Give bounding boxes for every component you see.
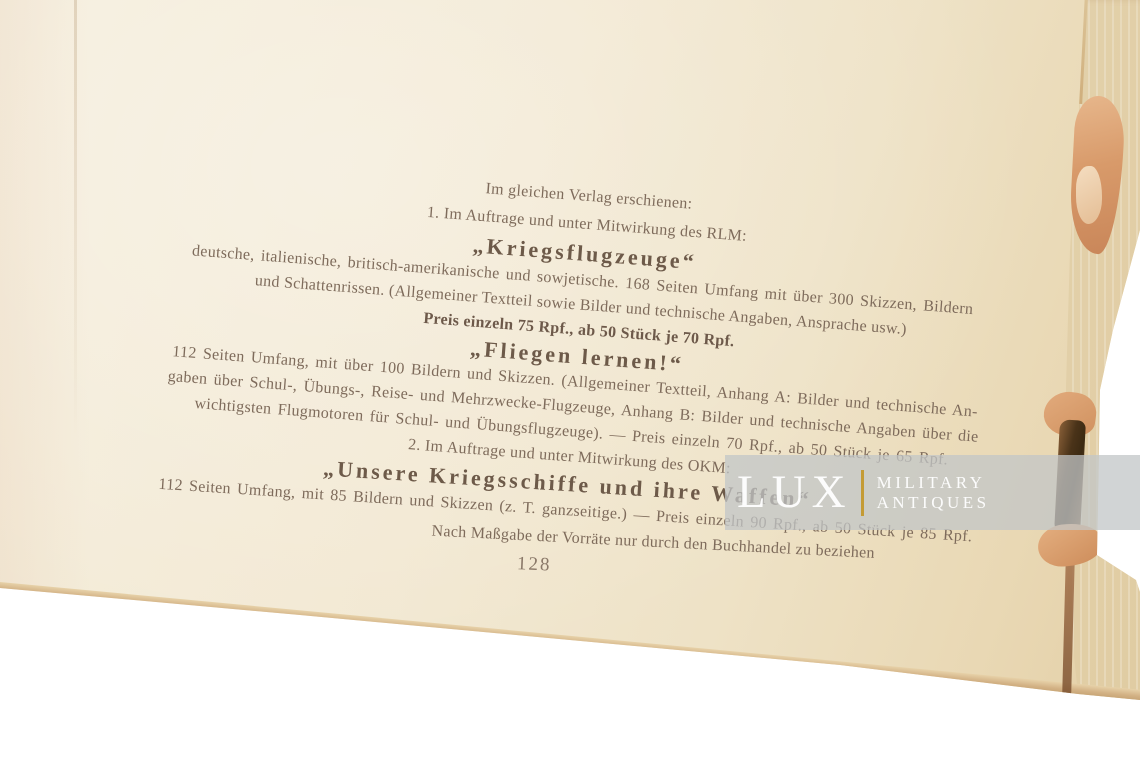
torn-paper-highlight [1076, 166, 1102, 224]
watermark-logo-text: LUX [737, 469, 852, 516]
book-page: Im gleichen Verlag erschienen: 1. Im Auf… [0, 0, 1140, 758]
watermark-name: MILITARY ANTIQUES [877, 473, 990, 513]
watermark-word-military: MILITARY [877, 473, 990, 493]
photo-scene: Im gleichen Verlag erschienen: 1. Im Auf… [0, 0, 1140, 758]
watermark-overlay: LUX MILITARY ANTIQUES [725, 455, 1140, 530]
watermark-word-antiques: ANTIQUES [877, 493, 990, 513]
watermark-divider [861, 470, 864, 516]
page-text-block: Im gleichen Verlag erschienen: 1. Im Auf… [38, 144, 1113, 618]
